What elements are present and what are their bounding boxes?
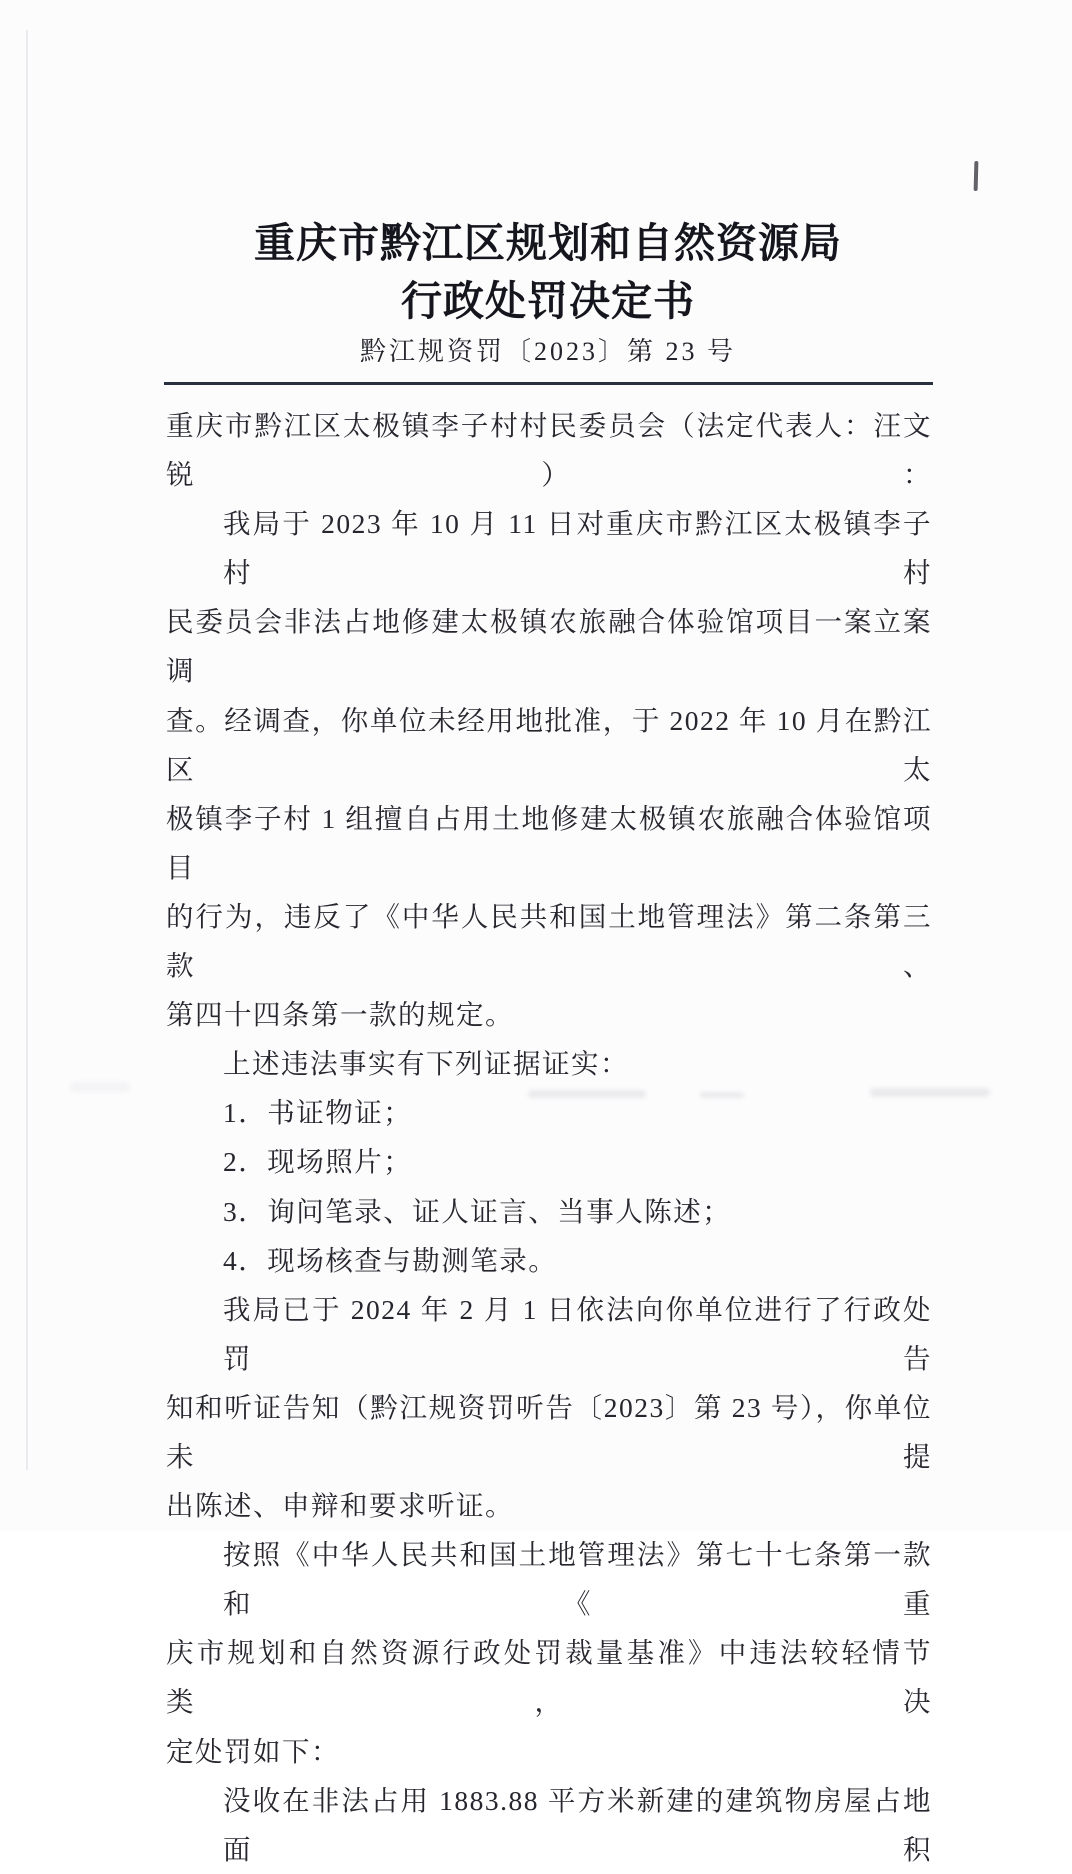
doc-line: 2．现场照片； (166, 1137, 932, 1186)
ink-bleed-smudge (870, 1088, 990, 1097)
scan-artifact-mark (974, 161, 979, 191)
doc-line: 重庆市黔江区太极镇李子村村民委员会（法定代表人：汪文锐）： (166, 401, 932, 499)
doc-line: 知和听证告知（黔江规资罚听告〔2023〕第 23 号），你单位未提 (166, 1383, 932, 1481)
doc-line: 查。经调查，你单位未经用地批准，于 2022 年 10 月在黔江区太 (166, 696, 932, 794)
doc-line: 我局于 2023 年 10 月 11 日对重庆市黔江区太极镇李子村村 (166, 499, 932, 597)
doc-line: 上述违法事实有下列证据证实： (166, 1039, 932, 1088)
doc-line: 3．询问笔录、证人证言、当事人陈述； (166, 1187, 932, 1236)
ink-bleed-smudge (70, 1082, 130, 1092)
document-header: 重庆市黔江区规划和自然资源局 行政处罚决定书 黔江规资罚〔2023〕第 23 号 (165, 214, 931, 367)
document-type-title: 行政处罚决定书 (165, 272, 931, 330)
document-number: 黔江规资罚〔2023〕第 23 号 (165, 337, 931, 367)
doc-line: 我局已于 2024 年 2 月 1 日依法向你单位进行了行政处罚告 (166, 1285, 932, 1383)
header-divider-rule (164, 382, 933, 385)
agency-title: 重庆市黔江区规划和自然资源局 (165, 214, 931, 272)
scan-fold-line (26, 30, 28, 1470)
doc-line: 4．现场核查与勘测笔录。 (166, 1236, 932, 1285)
doc-line: 第四十四条第一款的规定。 (166, 990, 932, 1039)
doc-line: 民委员会非法占地修建太极镇农旅融合体验馆项目一案立案调 (166, 597, 932, 695)
document-page: 重庆市黔江区规划和自然资源局 行政处罚决定书 黔江规资罚〔2023〕第 23 号… (0, 0, 1072, 1531)
doc-line: 极镇李子村 1 组擅自占用土地修建太极镇农旅融合体验馆项目 (166, 794, 932, 892)
doc-line: 的行为，违反了《中华人民共和国土地管理法》第二条第三款、 (166, 892, 932, 990)
ink-bleed-smudge (700, 1092, 744, 1098)
document-body: 重庆市黔江区太极镇李子村村民委员会（法定代表人：汪文锐）： 我局于 2023 年… (166, 401, 932, 1531)
doc-line: 出陈述、申辩和要求听证。 (166, 1481, 932, 1530)
ink-bleed-smudge (528, 1090, 646, 1098)
